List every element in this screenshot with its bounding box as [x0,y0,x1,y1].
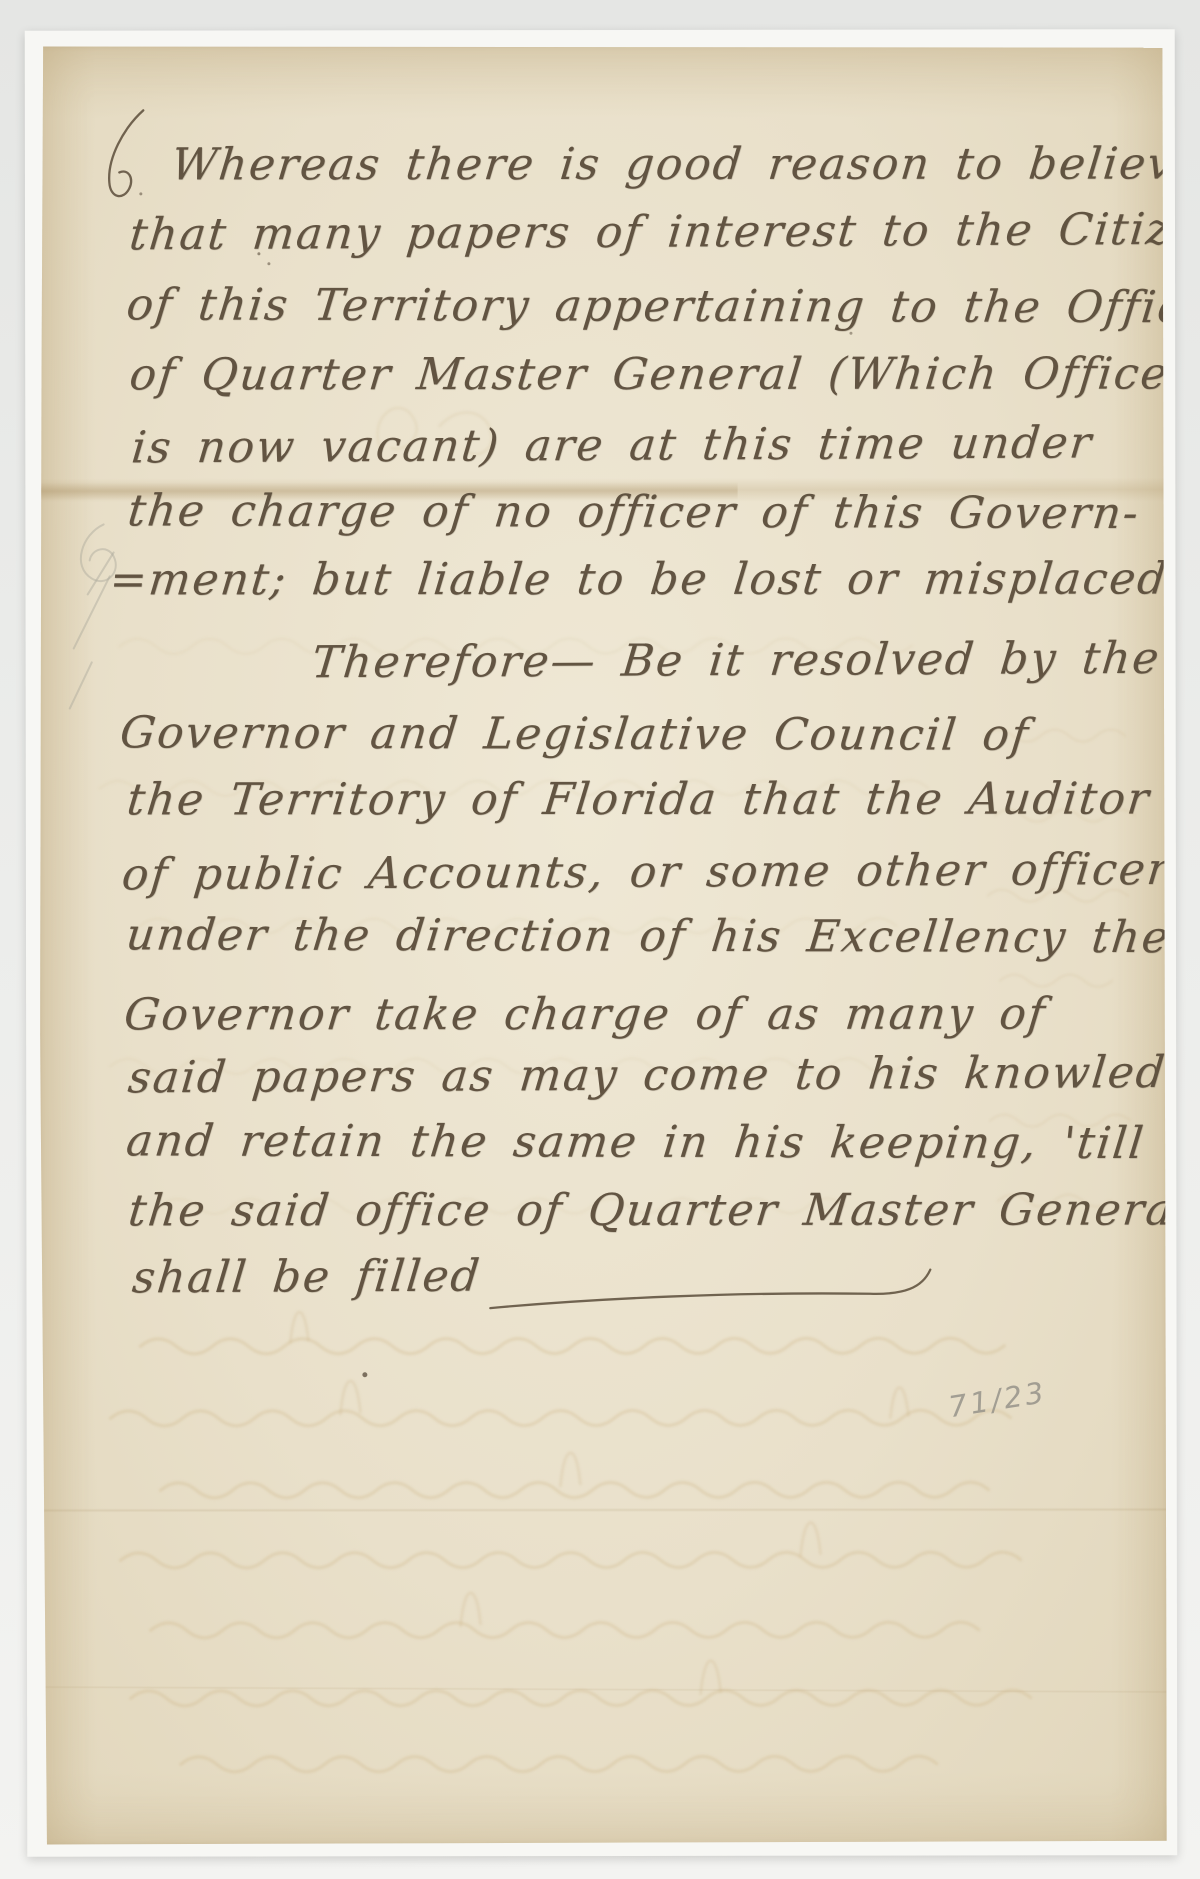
manuscript-line-17: shall be filled [130,1255,483,1301]
manuscript-line-9: Governor and Legislative Council of [118,711,1032,757]
manuscript-line-1: Whereas there is good reason to believe [169,142,1200,187]
manuscript-line-14: said papers as may come to his knowledge [126,1051,1200,1101]
manuscript-line-13: Governor take charge of as many of [122,993,1049,1038]
margin-pencil-scribble-icon [42,496,142,736]
scan-background: Whereas there is good reason to believe … [0,0,1200,1879]
manuscript-line-7: =ment; but liable to be lost or misplace… [108,557,1186,602]
manuscript-line-5: is now vacant) are at this time under [130,421,1095,470]
manuscript-line-11: of public Accounts, or some other office… [120,848,1172,897]
manuscript-line-8: Therefore— Be it resolved by the [310,637,1163,685]
ink-speck [849,332,852,335]
manuscript-line-4: of Quarter Master General (Which Office [128,353,1171,398]
manuscript-line-16: the said office of Quarter Master Genera… [126,1188,1192,1233]
manuscript-line-10: the Territory of Florida that the Audito… [125,778,1153,823]
ink-speck [139,192,142,195]
ink-speck [257,252,260,255]
manuscript-page: Whereas there is good reason to believe … [39,46,1167,1845]
closing-flourish-icon [480,1246,950,1326]
opening-flourish-icon [79,102,159,212]
manuscript-line-12: under the direction of his Excellency th… [124,913,1172,960]
ink-speck [362,1372,367,1377]
manuscript-line-3: of this Territory appertaining to the Of… [124,283,1200,330]
ink-speck [267,262,270,265]
manuscript-line-2: that many papers of interest to the Citi… [127,208,1200,258]
manuscript-line-6: the charge of no officer of this Govern- [126,489,1142,536]
manuscript-line-15: and retain the same in his keeping, 'til… [124,1119,1147,1166]
